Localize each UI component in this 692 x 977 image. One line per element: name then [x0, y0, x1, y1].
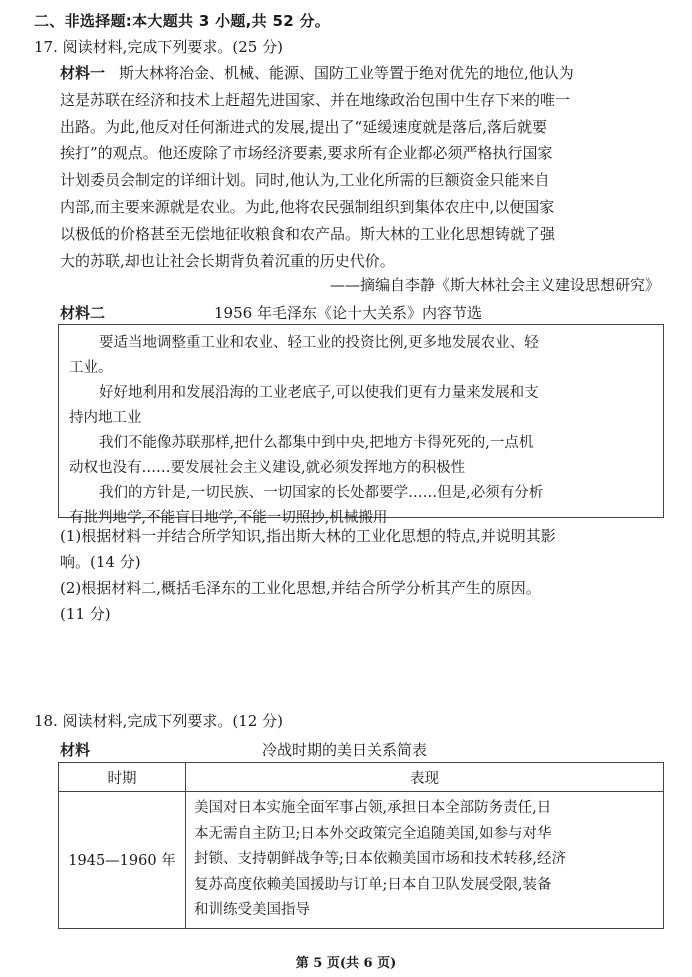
material-1-line: 挨打”的观点。他还废除了市场经济要素,要求所有企业都必须严格执行国家: [60, 140, 660, 167]
performance-line: 和训练受美国指导: [194, 898, 659, 924]
performance-cell: 美国对日本实施全面军事占领,承担日本全部防务责任,日 本无需自主防卫;日本外交政…: [186, 792, 664, 929]
quote-line: 好好地利用和发展沿海的工业老底子,可以使我们更有力量来发展和支: [69, 381, 657, 406]
material-2-quote-box: 要适当地调整重工业和农业、轻工业的投资比例,更多地发展农业、轻 工业。 好好地利…: [58, 324, 664, 518]
table-title: 冷战时期的美日关系简表: [262, 739, 427, 760]
quote-line: 要适当地调整重工业和农业、轻工业的投资比例,更多地发展农业、轻: [69, 331, 657, 356]
section-heading: 二、非选择题:本大题共 3 小题,共 52 分。: [34, 10, 330, 31]
performance-line: 美国对日本实施全面军事占领,承担日本全部防务责任,日: [194, 796, 659, 822]
material-2-title: 1956 年毛泽东《论十大关系》内容节选: [214, 302, 482, 323]
us-japan-relations-table: 时期 表现 1945—1960 年 美国对日本实施全面军事占领,承担日本全部防务…: [58, 762, 664, 929]
quote-line: 持内地工业: [69, 406, 657, 431]
material-1-label: 材料一: [60, 64, 105, 82]
subquestion-1: (1)根据材料一并结合所学知识,指出斯大林的工业化思想的特点,并说明其影 响。(…: [60, 523, 665, 575]
quote-line: 动权也没有……要发展社会主义建设,就必须发挥地方的积极性: [69, 456, 657, 481]
quote-line: 我们不能像苏联那样,把什么都集中到中央,把地方卡得死死的,一点机: [69, 431, 657, 456]
material-label: 材料: [60, 739, 90, 760]
performance-line: 封锁、支持朝鲜战争等;日本依赖美国市场和技术转移,经济: [194, 847, 659, 873]
page-number: 第 5 页(共 6 页): [0, 952, 692, 971]
material-1-line: 以极低的价格甚至无偿地征收粮食和农产品。斯大林的工业化思想铸就了强: [60, 221, 660, 248]
material-1-line: 大的苏联,却也让社会长期背负着沉重的历史代价。: [60, 248, 660, 275]
material-1-line: 出路。为此,他反对任何渐进式的发展,提出了“延缓速度就是落后,落后就要: [60, 114, 660, 141]
table-row: 1945—1960 年 美国对日本实施全面军事占领,承担日本全部防务责任,日 本…: [59, 792, 664, 929]
subquestion-2-line: (2)根据材料二,概括毛泽东的工业化思想,并结合所学分析其产生的原因。: [60, 575, 665, 601]
material-1-source: ——摘编自李静《斯大林社会主义建设思想研究》: [330, 274, 660, 295]
material-2-label: 材料二: [60, 302, 105, 323]
subquestion-2-line: (11 分): [60, 601, 665, 627]
material-1-line: 这是苏联在经济和技术上赶超先进国家、并在地缘政治包围中生存下来的唯一: [60, 87, 660, 114]
material-1-line: 内部,而主要来源就是农业。为此,他将农民强制组织到集体农庄中,以便国家: [60, 194, 660, 221]
quote-line: 工业。: [69, 356, 657, 381]
performance-line: 复苏高度依赖美国援助与订单;日本自卫队发展受限,装备: [194, 873, 659, 899]
quote-line: 我们的方针是,一切民族、一切国家的长处都要学……但是,必须有分析: [69, 481, 657, 506]
material-1-text: 材料一斯大林将冶金、机械、能源、国防工业等置于绝对优先的地位,他认为 这是苏联在…: [60, 60, 660, 274]
performance-line: 本无需自主防卫;日本外交政策完全追随美国,如参与对华: [194, 822, 659, 848]
material-1-line: 计划委员会制定的详细计划。同时,他认为,工业化所需的巨额资金只能来自: [60, 167, 660, 194]
subquestion-2: (2)根据材料二,概括毛泽东的工业化思想,并结合所学分析其产生的原因。 (11 …: [60, 575, 665, 627]
column-header-performance: 表现: [186, 763, 664, 792]
material-1-line: 斯大林将冶金、机械、能源、国防工业等置于绝对优先的地位,他认为: [119, 64, 574, 82]
period-cell: 1945—1960 年: [59, 792, 186, 929]
question-18-title: 18. 阅读材料,完成下列要求。(12 分): [34, 710, 283, 731]
column-header-period: 时期: [59, 763, 186, 792]
subquestion-1-line: (1)根据材料一并结合所学知识,指出斯大林的工业化思想的特点,并说明其影: [60, 523, 665, 549]
subquestion-1-line: 响。(14 分): [60, 549, 665, 575]
question-17-title: 17. 阅读材料,完成下列要求。(25 分): [34, 36, 283, 57]
table-header-row: 时期 表现: [59, 763, 664, 792]
